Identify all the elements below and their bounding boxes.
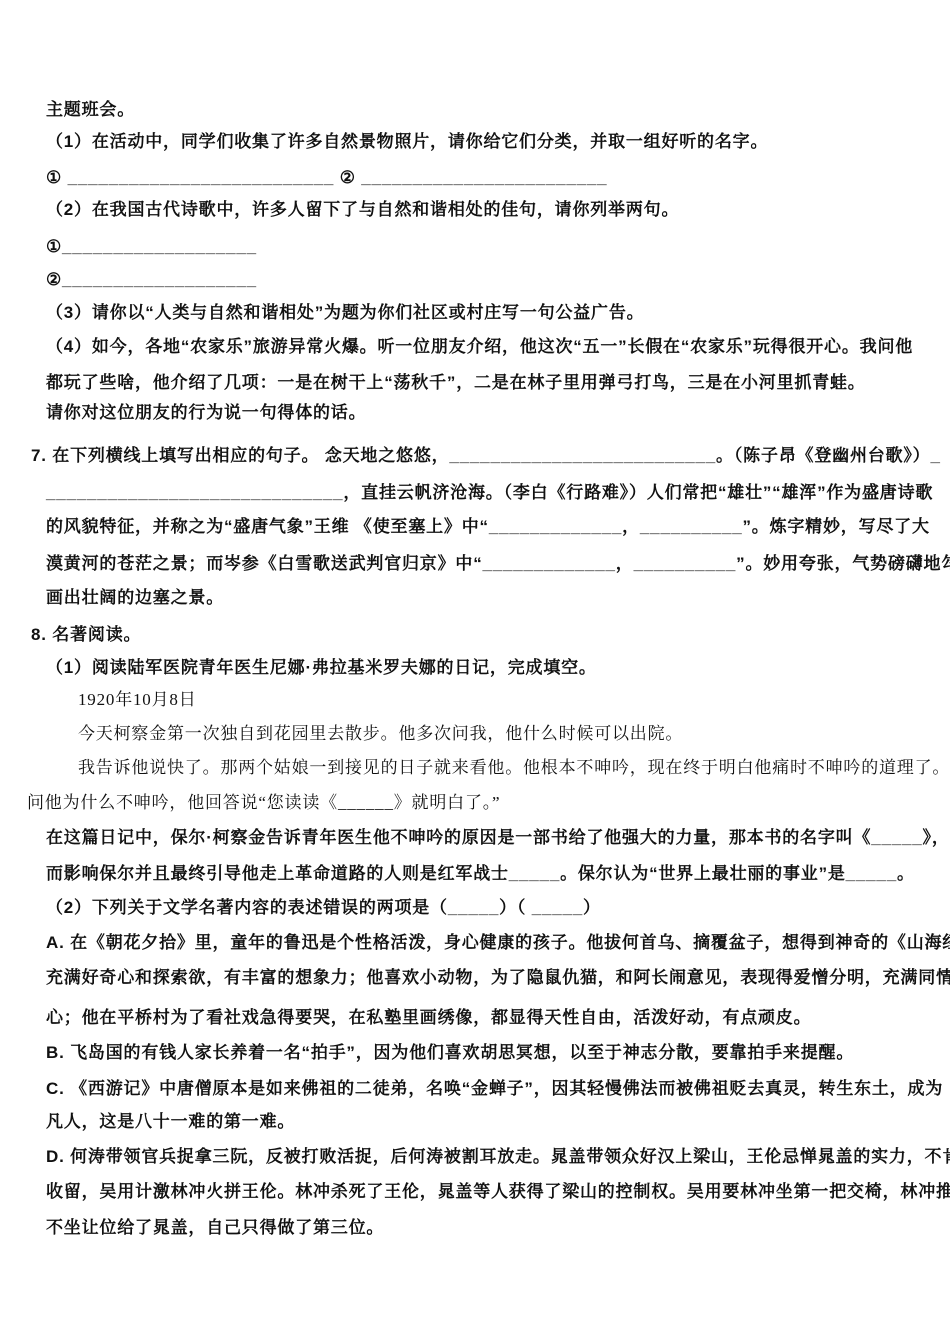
q8-item1: （1）阅读陆军医院青年医生尼娜·弗拉基米罗夫娜的日记，完成填空。 [46, 657, 597, 679]
option-d-line1: D. 何涛带领官兵捉拿三阮，反被打败活捉，后何涛被割耳放走。晁盖带领众好汉上梁山… [46, 1146, 950, 1168]
option-a-line2: 充满好奇心和探索欲，有丰富的想象力；他喜欢小动物，为了隐鼠仇猫，和阿长闹意见，表… [46, 967, 950, 989]
diary-line3: 问他为什么不呻吟，他回答说“您读读《______》就明白了。” [27, 792, 500, 814]
q6-item1-blanks: ① __________________________ ② _________… [46, 167, 607, 189]
q7-line1: 7. 在下列横线上填写出相应的句子。 念天地之悠悠，______________… [31, 445, 941, 467]
option-a-line1: A. 在《朝花夕拾》里，童年的鲁迅是个性格活泼，身心健康的孩子。他拔何首乌、摘覆… [46, 932, 950, 954]
q7-line5: 画出壮阔的边塞之景。 [46, 587, 224, 609]
q6-tail-line: 主题班会。 [46, 99, 135, 121]
q6-item1: （1）在活动中，同学们收集了许多自然景物照片，请你给它们分类，并取一组好听的名字… [46, 131, 768, 153]
option-c-line2: 凡人，这是八十一难的第一难。 [46, 1111, 295, 1133]
q6-item2-blank2: ②___________________ [46, 269, 257, 291]
option-d-line2: 收留，吴用计激林冲火拼王伦。林冲杀死了王伦，晁盖等人获得了梁山的控制权。吴用要林… [46, 1181, 950, 1203]
q7-line3: 的风貌特征，并称之为“盛唐气象”王维 《使至塞上》中“_____________… [46, 516, 930, 538]
q6-item4-line1: （4）如今，各地“农家乐”旅游异常火爆。听一位朋友介绍，他这次“五一”长假在“农… [46, 336, 913, 358]
diary-line1: 今天柯察金第一次独自到花园里去散步。他多次问我，他什么时候可以出院。 [78, 723, 683, 745]
q8-fill-line2: 而影响保尔并且最终引导他走上革命道路的人则是红军战士_____。保尔认为“世界上… [46, 863, 915, 885]
diary-line2: 我告诉他说快了。那两个姑娘一到接见的日子就来看他。他根本不呻吟，现在终于明白他痛… [78, 757, 950, 779]
q6-item4-line3: 请你对这位朋友的行为说一句得体的话。 [46, 402, 366, 424]
option-c-line1: C. 《西游记》中唐僧原本是如来佛祖的二徒弟，名唤“金蝉子”，因其轻慢佛法而被佛… [46, 1078, 943, 1100]
document-page: 主题班会。 （1）在活动中，同学们收集了许多自然景物照片，请你给它们分类，并取一… [0, 0, 950, 1344]
q6-item2: （2）在我国古代诗歌中，许多人留下了与自然和谐相处的佳句，请你列举两句。 [46, 199, 679, 221]
q6-item2-blank1: ①___________________ [46, 236, 257, 258]
q8-title: 8. 名著阅读。 [31, 624, 141, 646]
q6-item3: （3）请你以“人类与自然和谐相处”为题为你们社区或村庄写一句公益广告。 [46, 302, 644, 324]
q7-line2: _____________________________，直挂云帆济沧海。（李… [46, 482, 933, 504]
option-a-line3: 心；他在平桥村为了看社戏急得要哭，在私塾里画绣像，都显得天性自由，活泼好动，有点… [46, 1007, 811, 1029]
q8-item2: （2）下列关于文学名著内容的表述错误的两项是（_____）（ _____） [46, 897, 601, 919]
q7-line4: 漠黄河的苍茫之景；而岑参《白雪歌送武判官归京》中“_____________，_… [46, 553, 950, 575]
option-b: B. 飞岛国的有钱人家长养着一名“拍手”，因为他们喜欢胡思冥想，以至于神志分散，… [46, 1042, 854, 1064]
q6-item4-line2: 都玩了些啥，他介绍了几项：一是在树干上“荡秋千”，二是在林子里用弹弓打鸟，三是在… [46, 372, 866, 394]
option-d-line3: 不坐让位给了晁盖，自己只得做了第三位。 [46, 1217, 384, 1239]
diary-date: 1920年10月8日 [78, 689, 197, 711]
q8-fill-line1: 在这篇日记中，保尔·柯察金告诉青年医生他不呻吟的原因是一部书给了他强大的力量，那… [46, 827, 950, 849]
